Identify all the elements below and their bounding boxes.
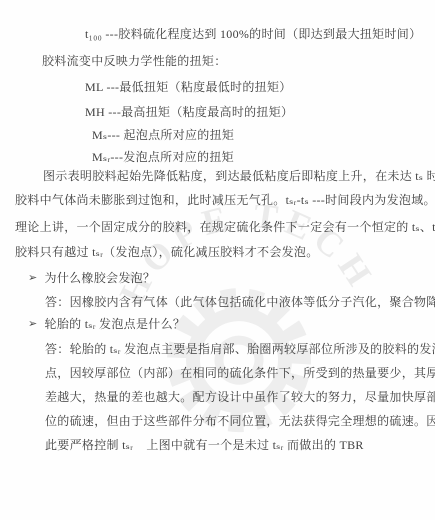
def-ml-line: ML ---最低扭矩（粘度最低时的扭矩） — [85, 80, 292, 95]
question-text: 轮胎的 tₛᵣ 发泡点是什么？ — [45, 317, 186, 332]
answer-why-foam: 答：因橡胶内含有气体（此气体包括硫化中液体等低分子汽化，聚合物降解） — [45, 295, 435, 310]
def-ms-line: Mₛ--- 起泡点所对应的扭矩 — [92, 128, 234, 143]
para-foaming-line-1: 图示表明胶料起始先降低粘度，到达最低粘度后即粘度上升，在未达 tₛ 时 — [43, 169, 435, 184]
torque-section-intro: 胶料流变中反映力学性能的扭矩： — [42, 54, 227, 69]
para-foaming-line-3: 理论上讲，一个固定成分的胶料，在规定硫化条件下一定会有一个恒定的 tₛ、tₛᵣ … — [15, 220, 435, 235]
arrow-bullet-icon: ➢ — [28, 317, 38, 332]
question-text: 为什么橡胶会发泡？ — [45, 271, 156, 286]
answer-tsr-line-1: 答：轮胎的 tₛᵣ 发泡点主要是指肩部、胎圈两较厚部位所涉及的胶料的发泡 — [45, 342, 435, 357]
para-foaming-line-2: 胶料中气体尚未膨胀到过饱和，此时减压无气孔。tₛᵣ-tₛ ---时间段内为发泡域… — [15, 193, 435, 208]
para-foaming-line-4: 胶料只有越过 tₛᵣ（发泡点），硫化减压胶料才不会发泡。 — [15, 245, 319, 260]
question-why-foam: ➢ 为什么橡胶会发泡？ — [28, 271, 155, 286]
document-page: HOPE TECH t₁₀₀ ---胶料硫化程度达到 100%的时间（即达到最大… — [0, 0, 435, 520]
def-mh-line: MH ---最高扭矩（粘度最高时的扭矩） — [85, 105, 293, 120]
question-tsr-point: ➢ 轮胎的 tₛᵣ 发泡点是什么？ — [28, 317, 185, 332]
def-t100-line: t₁₀₀ ---胶料硫化程度达到 100%的时间（即达到最大扭矩时间） — [85, 27, 421, 42]
def-msr-line: Mₛᵣ---发泡点所对应的扭矩 — [92, 150, 234, 165]
answer-tsr-line-2: 点，因较厚部位（内部）在相同的硫化条件下，所受到的热量要少，其厚度 — [45, 366, 435, 381]
answer-tsr-line-4: 位的硫速，但由于这些部件分布不同位置，无法获得完全理想的硫速。因 — [45, 414, 435, 429]
arrow-bullet-icon: ➢ — [28, 271, 38, 286]
answer-tsr-line-5: 此要严格控制 tₛᵣ 上图中就有一个是未过 tₛᵣ 而做出的 TBR — [45, 438, 364, 453]
answer-tsr-line-3: 差越大，热量的差也越大。配方设计中虽作了较大的努力，尽量加快厚部 — [45, 390, 435, 405]
